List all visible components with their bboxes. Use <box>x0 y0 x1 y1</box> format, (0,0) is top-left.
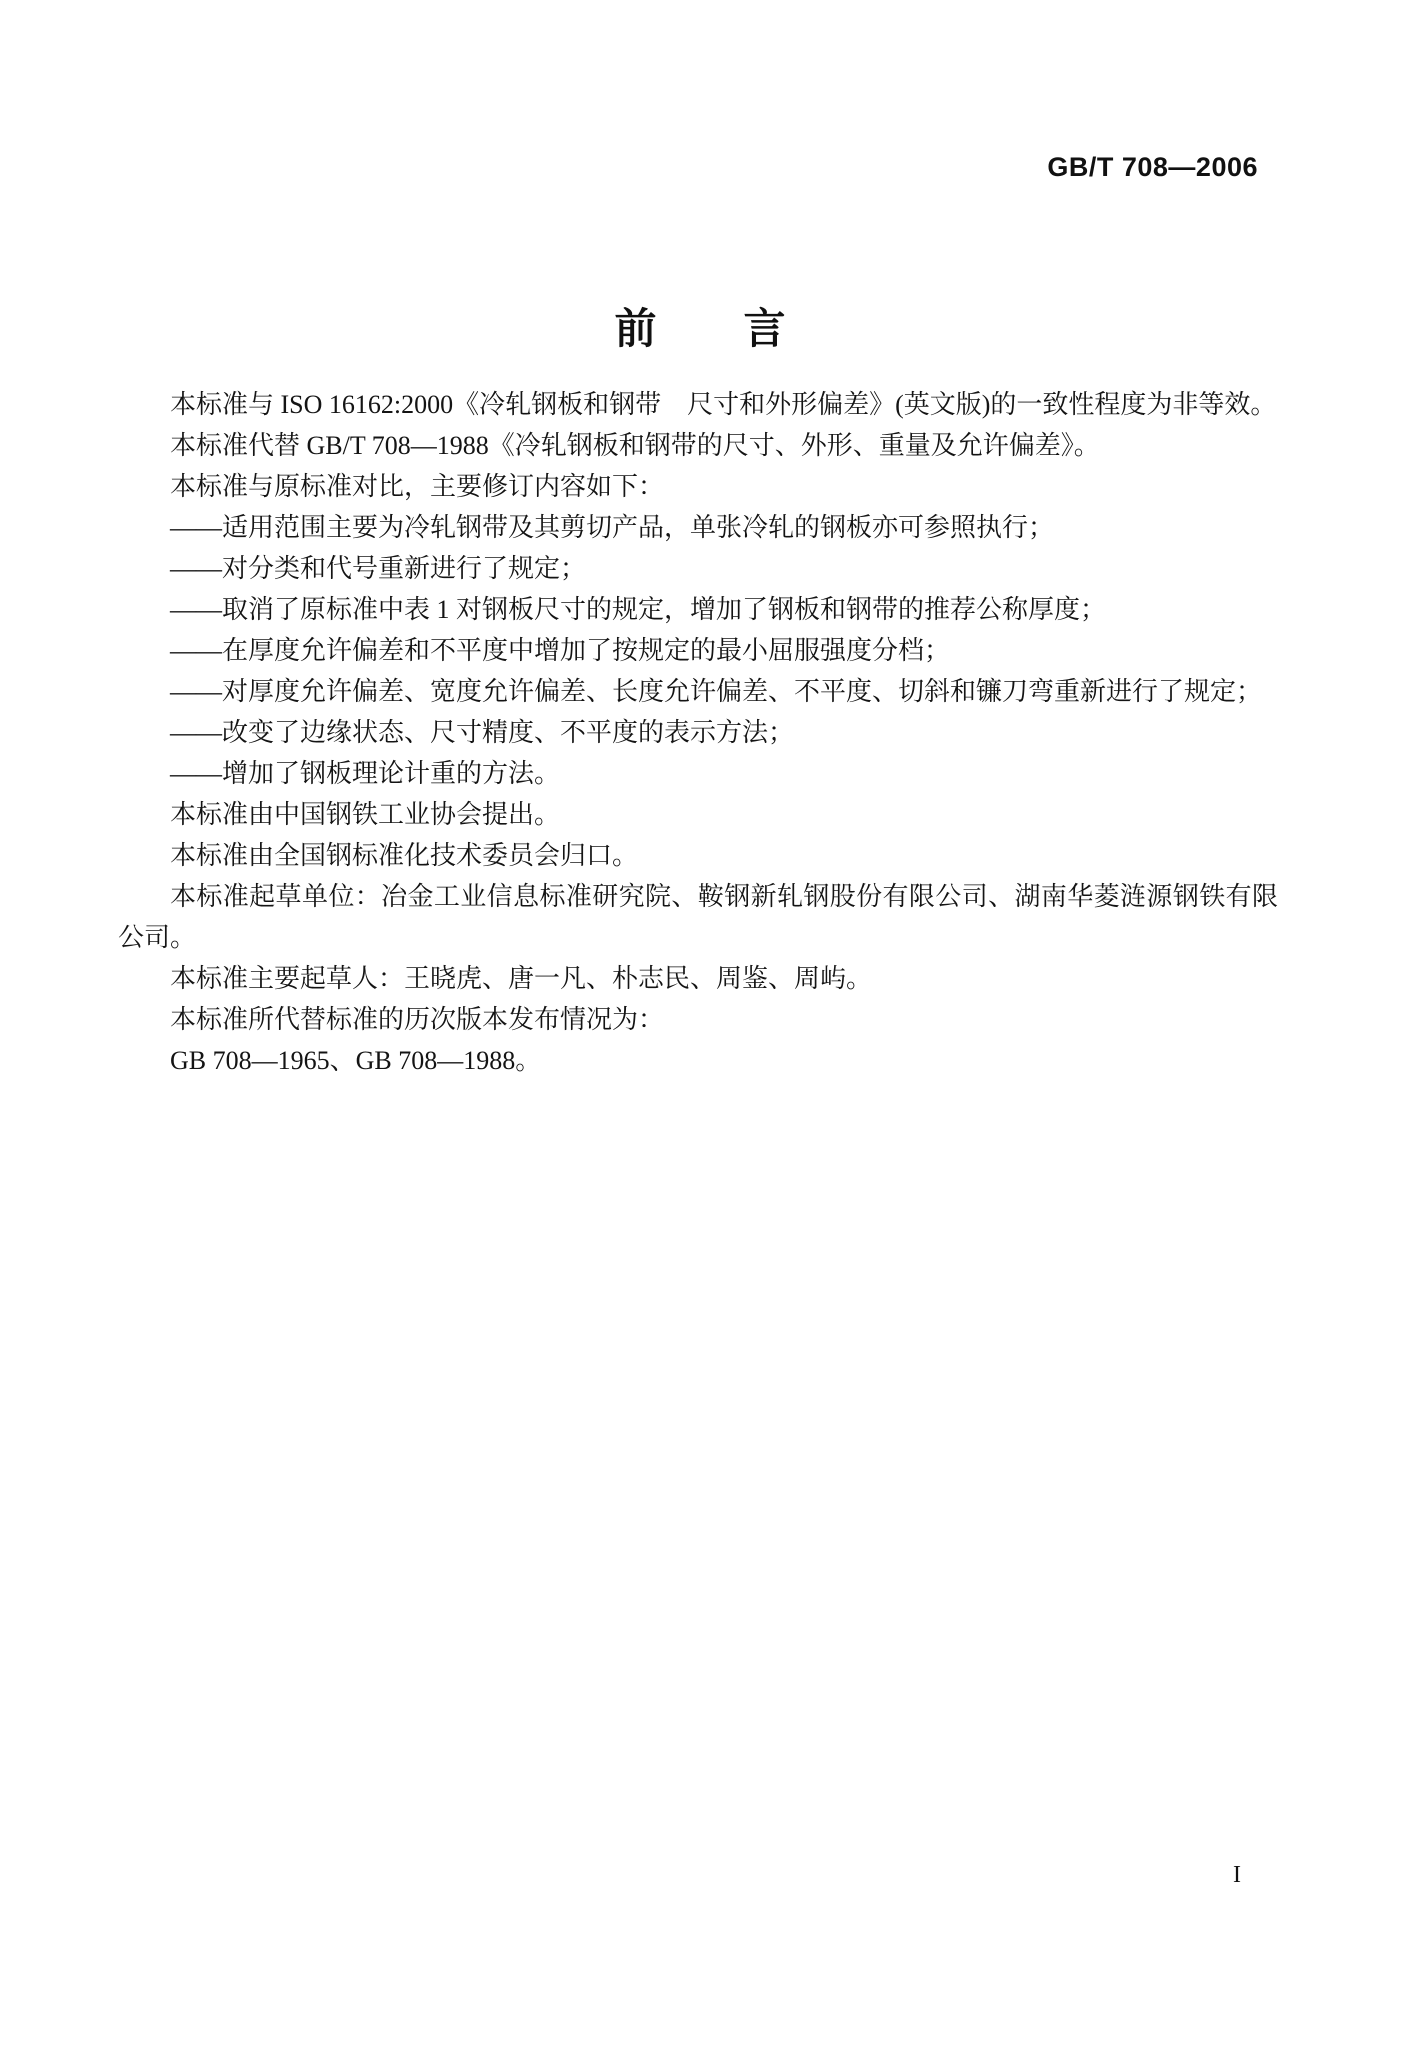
foreword-body: 本标准与 ISO 16162:2000《冷轧钢板和钢带 尺寸和外形偏差》(英文版… <box>118 384 1278 1081</box>
paragraph-consistency-statement: 本标准与 ISO 16162:2000《冷轧钢板和钢带 尺寸和外形偏差》(英文版… <box>118 384 1278 425</box>
paragraph-previous-editions-list: GB 708—1965、GB 708—1988。 <box>118 1040 1278 1081</box>
paragraph-drafters: 本标准主要起草人：王晓虎、唐一凡、朴志民、周鉴、周屿。 <box>118 958 1278 999</box>
revision-item-table1: ——取消了原标准中表 1 对钢板尺寸的规定，增加了钢板和钢带的推荐公称厚度； <box>118 589 1278 630</box>
page-number: I <box>1233 1862 1241 1889</box>
revision-item-tolerances: ——对厚度允许偏差、宽度允许偏差、长度允许偏差、不平度、切斜和镰刀弯重新进行了规… <box>118 671 1278 712</box>
standard-code-header: GB/T 708—2006 <box>1047 152 1258 183</box>
paragraph-centralized-by: 本标准由全国钢标准化技术委员会归口。 <box>118 835 1278 876</box>
paragraph-replacement-statement: 本标准代替 GB/T 708—1988《冷轧钢板和钢带的尺寸、外形、重量及允许偏… <box>118 425 1278 466</box>
revision-item-scope: ——适用范围主要为冷轧钢带及其剪切产品，单张冷轧的钢板亦可参照执行； <box>118 507 1278 548</box>
paragraph-previous-editions-intro: 本标准所代替标准的历次版本发布情况为： <box>118 999 1278 1040</box>
paragraph-revision-intro: 本标准与原标准对比，主要修订内容如下： <box>118 466 1278 507</box>
paragraph-drafting-organizations: 本标准起草单位：冶金工业信息标准研究院、鞍钢新轧钢股份有限公司、湖南华菱涟源钢铁… <box>118 876 1278 958</box>
revision-item-edge-state: ——改变了边缘状态、尺寸精度、不平度的表示方法； <box>118 712 1278 753</box>
paragraph-proposed-by: 本标准由中国钢铁工业协会提出。 <box>118 794 1278 835</box>
revision-item-classification: ——对分类和代号重新进行了规定； <box>118 548 1278 589</box>
revision-item-theoretical-weight: ——增加了钢板理论计重的方法。 <box>118 753 1278 794</box>
foreword-title: 前 言 <box>0 296 1401 356</box>
document-page: GB/T 708—2006 前 言 本标准与 ISO 16162:2000《冷轧… <box>0 0 1401 2048</box>
revision-item-yield-strength: ——在厚度允许偏差和不平度中增加了按规定的最小屈服强度分档； <box>118 630 1278 671</box>
